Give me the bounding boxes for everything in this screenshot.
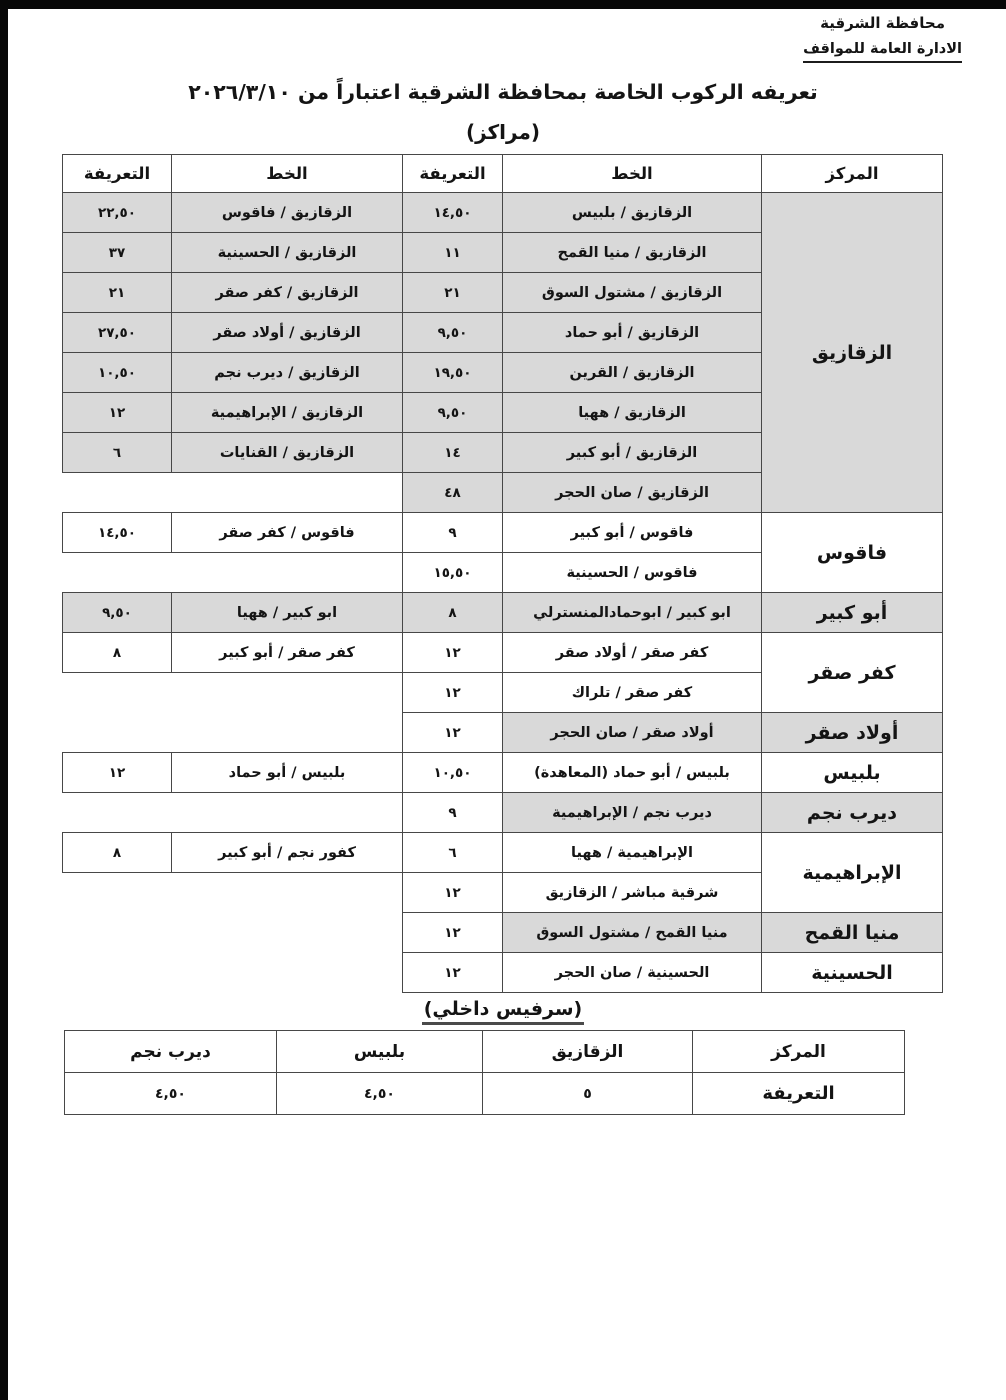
- fare-cell: ١٢: [403, 673, 503, 713]
- fares-table: المركز الخط التعريفة الخط التعريفة الزقا…: [62, 154, 943, 993]
- fare-cell: ١٠,٥٠: [403, 753, 503, 793]
- fare-row: منيا القمحمنيا القمح / مشتول السوق١٢: [63, 913, 943, 953]
- line-cell: شرقية مباشر / الزقازيق: [503, 873, 762, 913]
- fares-header-row: المركز الخط التعريفة الخط التعريفة: [63, 155, 943, 193]
- fare-cell: ٩,٥٠: [403, 313, 503, 353]
- line-cell: كفر صقر / تلراك: [503, 673, 762, 713]
- line-cell: الزقازيق / ديرب نجم: [172, 353, 403, 393]
- fare-cell: ٨: [403, 593, 503, 633]
- department-name: الادارة العامة للمواقف: [803, 41, 962, 63]
- service-col-header: ديرب نجم: [65, 1031, 277, 1073]
- fare-cell: ٦: [403, 833, 503, 873]
- line-cell: أولاد صقر / صان الحجر: [503, 713, 762, 753]
- service-col-header: بلبيس: [277, 1031, 483, 1073]
- line-cell: الزقازيق / أبو كبير: [503, 433, 762, 473]
- service-table: المركزالزقازيقبلبيسديرب نجمالتعريفة٥٤,٥٠…: [64, 1030, 905, 1115]
- line-cell: كفر صقر / أولاد صقر: [503, 633, 762, 673]
- empty-cell: [172, 793, 403, 833]
- fare-cell: ٨: [63, 633, 172, 673]
- empty-cell: [172, 473, 403, 513]
- col-header-fare-1: التعريفة: [403, 155, 503, 193]
- empty-cell: [63, 673, 172, 713]
- scan-edge-left: [0, 0, 8, 1400]
- line-cell: ديرب نجم / الإبراهيمية: [503, 793, 762, 833]
- center-cell: منيا القمح: [762, 913, 943, 953]
- empty-cell: [63, 793, 172, 833]
- fare-cell: ٣٧: [63, 233, 172, 273]
- empty-cell: [172, 673, 403, 713]
- fare-cell: ١٢: [63, 393, 172, 433]
- page-title: تعريفه الركوب الخاصة بمحافظة الشرقية اعت…: [60, 80, 946, 104]
- empty-cell: [63, 713, 172, 753]
- line-cell: الزقازيق / أبو حماد: [503, 313, 762, 353]
- fare-row: فاقوسفاقوس / أبو كبير٩فاقوس / كفر صقر١٤,…: [63, 513, 943, 553]
- empty-cell: [63, 873, 172, 913]
- empty-cell: [172, 953, 403, 993]
- line-cell: ابو كبير / ابوحمادالمنسترلي: [503, 593, 762, 633]
- marakez-heading: (مراكز): [60, 120, 946, 144]
- fare-row: الزقازيقالزقازيق / بلبيس١٤,٥٠الزقازيق / …: [63, 193, 943, 233]
- line-cell: الحسينية / صان الحجر: [503, 953, 762, 993]
- fare-row: أولاد صقرأولاد صقر / صان الحجر١٢: [63, 713, 943, 753]
- fare-cell: ٩: [403, 793, 503, 833]
- fare-cell: ٢١: [403, 273, 503, 313]
- line-cell: بلبيس / أبو حماد (المعاهدة): [503, 753, 762, 793]
- col-header-line-2: الخط: [172, 155, 403, 193]
- fare-cell: ١١: [403, 233, 503, 273]
- fare-cell: ٢٧,٥٠: [63, 313, 172, 353]
- line-cell: كفور نجم / أبو كبير: [172, 833, 403, 873]
- line-cell: الزقازيق / ههيا: [503, 393, 762, 433]
- line-cell: الإبراهيمية / ههيا: [503, 833, 762, 873]
- center-cell: الزقازيق: [762, 193, 943, 513]
- fare-cell: ١٢: [403, 633, 503, 673]
- fares-table-body: الزقازيقالزقازيق / بلبيس١٤,٥٠الزقازيق / …: [63, 193, 943, 993]
- line-cell: الزقازيق / صان الحجر: [503, 473, 762, 513]
- line-cell: الزقازيق / أولاد صقر: [172, 313, 403, 353]
- empty-cell: [172, 713, 403, 753]
- fare-cell: ٩,٥٠: [403, 393, 503, 433]
- scanned-fares-document: { "letterhead": { "org": "محافظة الشرقية…: [0, 0, 1006, 1400]
- scan-edge-top: [0, 0, 1006, 9]
- fare-cell: ٢٢,٥٠: [63, 193, 172, 233]
- center-cell: فاقوس: [762, 513, 943, 593]
- service-fare-cell: ٥: [483, 1073, 693, 1115]
- line-cell: الزقازيق / فاقوس: [172, 193, 403, 233]
- service-heading: (سرفيس داخلي): [0, 998, 1006, 1020]
- fare-cell: ١٠,٥٠: [63, 353, 172, 393]
- fare-cell: ١٥,٥٠: [403, 553, 503, 593]
- line-cell: فاقوس / أبو كبير: [503, 513, 762, 553]
- fare-row: كفر صقركفر صقر / أولاد صقر١٢كفر صقر / أب…: [63, 633, 943, 673]
- line-cell: الزقازيق / القنايات: [172, 433, 403, 473]
- line-cell: الزقازيق / الإبراهيمية: [172, 393, 403, 433]
- governorate-name: محافظة الشرقية: [803, 14, 962, 32]
- service-fare-cell: ٤,٥٠: [65, 1073, 277, 1115]
- empty-cell: [63, 913, 172, 953]
- col-header-center: المركز: [762, 155, 943, 193]
- empty-cell: [172, 913, 403, 953]
- line-cell: بلبيس / أبو حماد: [172, 753, 403, 793]
- col-header-fare-2: التعريفة: [63, 155, 172, 193]
- line-cell: كفر صقر / أبو كبير: [172, 633, 403, 673]
- empty-cell: [63, 553, 172, 593]
- line-cell: فاقوس / الحسينية: [503, 553, 762, 593]
- center-cell: الحسينية: [762, 953, 943, 993]
- letterhead: محافظة الشرقية الادارة العامة للمواقف: [803, 14, 962, 63]
- center-cell: الإبراهيمية: [762, 833, 943, 913]
- center-cell: كفر صقر: [762, 633, 943, 713]
- fare-cell: ٩: [403, 513, 503, 553]
- fare-cell: ٨: [63, 833, 172, 873]
- empty-cell: [63, 473, 172, 513]
- fare-cell: ١٢: [403, 953, 503, 993]
- fare-cell: ١٢: [63, 753, 172, 793]
- fare-row: ديرب نجمديرب نجم / الإبراهيمية٩: [63, 793, 943, 833]
- col-header-line-1: الخط: [503, 155, 762, 193]
- fare-label-cell: التعريفة: [693, 1073, 905, 1115]
- line-cell: فاقوس / كفر صقر: [172, 513, 403, 553]
- fare-cell: ١٤,٥٠: [63, 513, 172, 553]
- service-table-body: المركزالزقازيقبلبيسديرب نجمالتعريفة٥٤,٥٠…: [65, 1031, 905, 1115]
- center-cell: ديرب نجم: [762, 793, 943, 833]
- fare-cell: ١٢: [403, 713, 503, 753]
- line-cell: ابو كبير / ههيا: [172, 593, 403, 633]
- line-cell: الزقازيق / منيا القمح: [503, 233, 762, 273]
- fare-cell: ٩,٥٠: [63, 593, 172, 633]
- fare-row: الحسينيةالحسينية / صان الحجر١٢: [63, 953, 943, 993]
- fare-row: الإبراهيميةالإبراهيمية / ههيا٦كفور نجم /…: [63, 833, 943, 873]
- line-cell: الزقازيق / مشتول السوق: [503, 273, 762, 313]
- service-center-header: المركز: [693, 1031, 905, 1073]
- center-cell: بلبيس: [762, 753, 943, 793]
- line-cell: الزقازيق / القرين: [503, 353, 762, 393]
- fare-cell: ٤٨: [403, 473, 503, 513]
- fare-cell: ١٢: [403, 873, 503, 913]
- service-fare-cell: ٤,٥٠: [277, 1073, 483, 1115]
- fare-row: أبو كبيرابو كبير / ابوحمادالمنسترلي٨ابو …: [63, 593, 943, 633]
- center-cell: أبو كبير: [762, 593, 943, 633]
- empty-cell: [172, 553, 403, 593]
- line-cell: منيا القمح / مشتول السوق: [503, 913, 762, 953]
- empty-cell: [63, 953, 172, 993]
- line-cell: الزقازيق / بلبيس: [503, 193, 762, 233]
- service-col-header: الزقازيق: [483, 1031, 693, 1073]
- line-cell: الزقازيق / الحسينية: [172, 233, 403, 273]
- fare-cell: ١٩,٥٠: [403, 353, 503, 393]
- fare-cell: ١٤: [403, 433, 503, 473]
- center-cell: أولاد صقر: [762, 713, 943, 753]
- fare-cell: ١٤,٥٠: [403, 193, 503, 233]
- fare-cell: ١٢: [403, 913, 503, 953]
- line-cell: الزقازيق / كفر صقر: [172, 273, 403, 313]
- fare-cell: ٢١: [63, 273, 172, 313]
- empty-cell: [172, 873, 403, 913]
- service-header-row: المركزالزقازيقبلبيسديرب نجم: [65, 1031, 905, 1073]
- fare-cell: ٦: [63, 433, 172, 473]
- fare-row: بلبيسبلبيس / أبو حماد (المعاهدة)١٠,٥٠بلب…: [63, 753, 943, 793]
- service-fare-row: التعريفة٥٤,٥٠٤,٥٠: [65, 1073, 905, 1115]
